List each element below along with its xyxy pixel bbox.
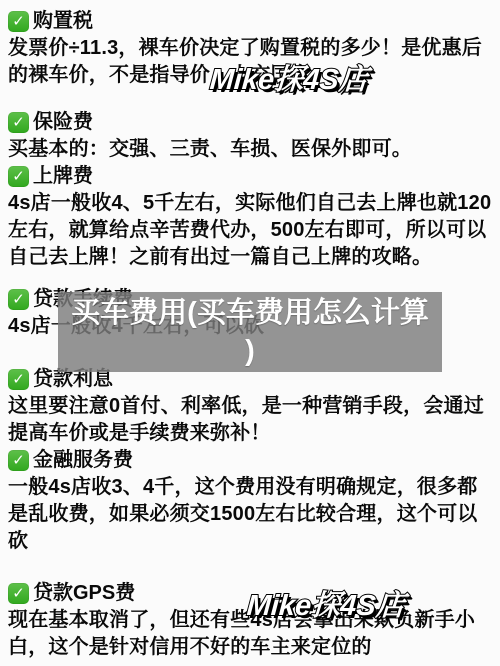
section-title: 上牌费: [33, 163, 93, 189]
watermark-bottom: Mike探4S店: [246, 583, 407, 624]
section-body: 4s店一般收4、5千左右，实际他们自己去上牌也就120左右，就算给点辛苦费代办，…: [8, 190, 494, 271]
check-icon: ✓: [8, 166, 29, 187]
section-body: 这里要注意0首付、利率低，是一种营销手段，会通过提高车价或是手续费来弥补！: [8, 393, 494, 447]
note-page: ✓ 购置税 发票价÷11.3，裸车价决定了购置税的多少！是优惠后的裸车价，不是指…: [0, 0, 500, 666]
section-plate-fee: ✓ 上牌费 4s店一般收4、5千左右，实际他们自己去上牌也就120左右，就算给点…: [8, 163, 494, 271]
check-icon: ✓: [8, 289, 29, 310]
title-overlay: 买车费用(买车费用怎么计算 ): [58, 292, 442, 372]
watermark-top: Mike探4S店: [209, 57, 370, 98]
section-body: 买基本的：交强、三责、车损、医保外即可。: [8, 136, 494, 163]
section-title: 贷款GPS费: [33, 580, 135, 606]
section-body: 一般4s店收3、4千，这个费用没有明确规定，很多都是乱收费，如果必须交1500左…: [8, 474, 494, 555]
section-loan-interest: ✓ 贷款利息 这里要注意0首付、利率低，是一种营销手段，会通过提高车价或是手续费…: [8, 366, 494, 447]
check-icon: ✓: [8, 112, 29, 133]
overlay-title-line1: 买车费用(买车费用怎么计算: [71, 294, 429, 332]
section-title: 保险费: [33, 109, 93, 135]
section-header: ✓ 购置税: [8, 8, 494, 34]
check-icon: ✓: [8, 450, 29, 471]
section-header: ✓ 金融服务费: [8, 447, 494, 473]
section-header: ✓ 保险费: [8, 109, 494, 135]
check-icon: ✓: [8, 583, 29, 604]
check-icon: ✓: [8, 369, 29, 390]
section-title: 购置税: [33, 8, 93, 34]
section-insurance-fee: ✓ 保险费 买基本的：交强、三责、车损、医保外即可。: [8, 109, 494, 163]
section-financial-service-fee: ✓ 金融服务费 一般4s店收3、4千，这个费用没有明确规定，很多都是乱收费，如果…: [8, 447, 494, 555]
check-icon: ✓: [8, 11, 29, 32]
overlay-title-line2: ): [245, 332, 255, 370]
section-header: ✓ 上牌费: [8, 163, 494, 189]
section-title: 金融服务费: [33, 447, 133, 473]
